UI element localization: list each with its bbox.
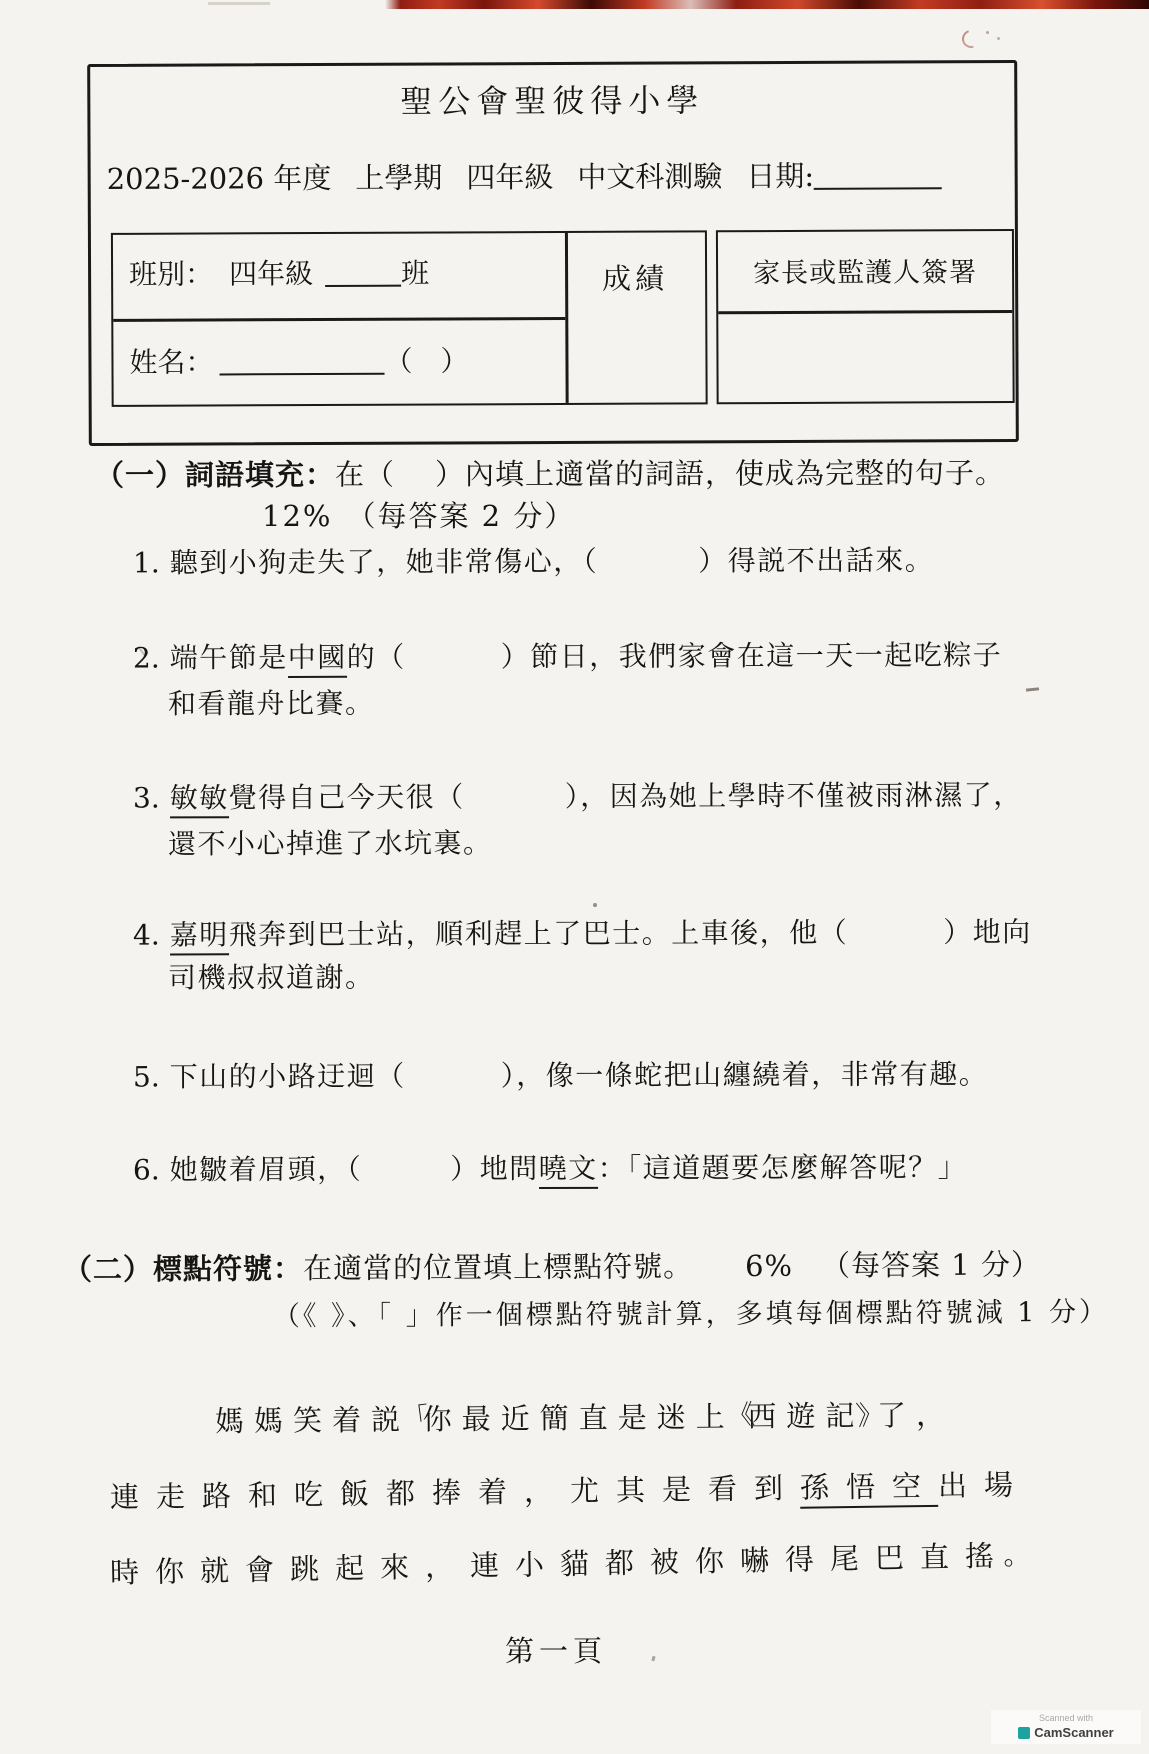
camscanner-watermark: Scanned with CamScanner [991, 1710, 1141, 1744]
question-number: 5. [133, 1063, 160, 1091]
question-5: 5.下山的小路迂迴（），像一條蛇把山纏繞着，非常有趣。 [133, 1061, 988, 1092]
section2-heading: （二）標點符號：在適當的位置填上標點符號。6%（每答案 1 分） [63, 1250, 1041, 1284]
pencil-mark [997, 37, 1000, 40]
table-divider [718, 310, 1012, 314]
scan-edge-artifact [385, 0, 1149, 9]
pencil-mark [593, 903, 597, 907]
page-number: 第一頁 [505, 1637, 607, 1666]
section1-heading: （一）詞語填充：在（）內填上適當的詞語，使成為完整的句子。 [95, 459, 1005, 490]
guardian-signature-box: 家長或監護人簽署 [716, 229, 1015, 404]
question-number: 1. [133, 549, 160, 577]
question-text: 聽到小狗走失了，她非常傷心，（）得説不出話來。 [170, 544, 935, 580]
guardian-signature-label: 家長或監護人簽署 [718, 259, 1012, 287]
question-3-line2: 還不小心掉進了水坑裏。 [168, 829, 493, 858]
question-1: 1.聽到小狗走失了，她非常傷心，（）得説不出話來。 [133, 547, 934, 578]
question-number: 4. [133, 921, 160, 949]
question-text: 端午節是中國的（）節日，我們家會在這一天一起吃粽子 [170, 638, 1003, 674]
pencil-mark [1026, 687, 1039, 691]
pencil-mark [986, 31, 989, 34]
exam-header-box: 聖公會聖彼得小學 2025-2026 年度上學期四年級中文科測驗日期: 班別：四… [87, 60, 1019, 446]
name-field: 姓名：（） [129, 347, 468, 377]
pencil-mark [651, 1656, 655, 1661]
table-divider [565, 233, 568, 403]
class-field: 班別：四年級班 [129, 260, 429, 289]
question-text: 敏敏覺得自己今天很（），因為她上學時不僅被雨淋濕了， [170, 778, 1023, 814]
section1-points: 12%（每答案 2 分） [262, 502, 575, 531]
question-text: 下山的小路迂迴（），像一條蛇把山纏繞着，非常有趣。 [170, 1058, 989, 1094]
watermark-brand-text: CamScanner [1034, 1725, 1113, 1740]
question-4: 4.嘉明飛奔到巴士站，順利趕上了巴士。上車後，他（）地向 [133, 918, 1032, 949]
school-name: 聖公會聖彼得小學 [90, 83, 1014, 119]
camscanner-icon [1018, 1727, 1030, 1739]
student-info-table: 班別：四年級班 姓名：（） 成績 [111, 230, 708, 407]
table-divider [113, 317, 565, 321]
question-4-line2: 司機叔叔道謝。 [168, 964, 375, 993]
question-3: 3.敏敏覺得自己今天很（），因為她上學時不僅被雨淋濕了， [133, 781, 1023, 812]
score-label: 成績 [565, 264, 705, 294]
watermark-brand: CamScanner [991, 1725, 1141, 1741]
question-2: 2.端午節是中國的（）節日，我們家會在這一天一起吃粽子 [133, 641, 1002, 672]
question-number: 3. [133, 784, 160, 812]
watermark-text: Scanned with [991, 1713, 1141, 1725]
question-2-line2: 和看龍舟比賽。 [168, 690, 375, 719]
question-number: 2. [133, 644, 160, 672]
question-text: 嘉明飛奔到巴士站，順利趕上了巴士。上車後，他（）地向 [170, 915, 1032, 951]
question-6: 6.她皺着眉頭，（）地問曉文：「這道題要怎麼解答呢？」 [133, 1154, 967, 1185]
question-number: 6. [133, 1156, 160, 1184]
punctuation-paragraph-line2: 連走路和吃飯都捧着，尤其是看到孫悟空出場 [110, 1471, 1030, 1513]
punctuation-paragraph-line3: 時你就會跳起來，連小貓都被你嚇得尾巴直搖。 [110, 1541, 1023, 1588]
scanned-test-paper: 聖公會聖彼得小學 2025-2026 年度上學期四年級中文科測驗日期: 班別：四… [0, 0, 1149, 1754]
section2-note: （《 》、「 」作一個標點符號計算，多填每個標點符號減 1 分） [273, 1299, 1109, 1330]
pencil-scribble [959, 27, 983, 51]
punctuation-paragraph-line1: 媽媽笑着説「你最近簡直是迷上《西遊記》了， [215, 1401, 955, 1437]
question-text: 她皺着眉頭，（）地問曉文：「這道題要怎麼解答呢？」 [170, 1151, 968, 1187]
exam-info-line: 2025-2026 年度上學期四年級中文科測驗日期: [107, 161, 943, 194]
scan-edge-mark [208, 2, 270, 5]
